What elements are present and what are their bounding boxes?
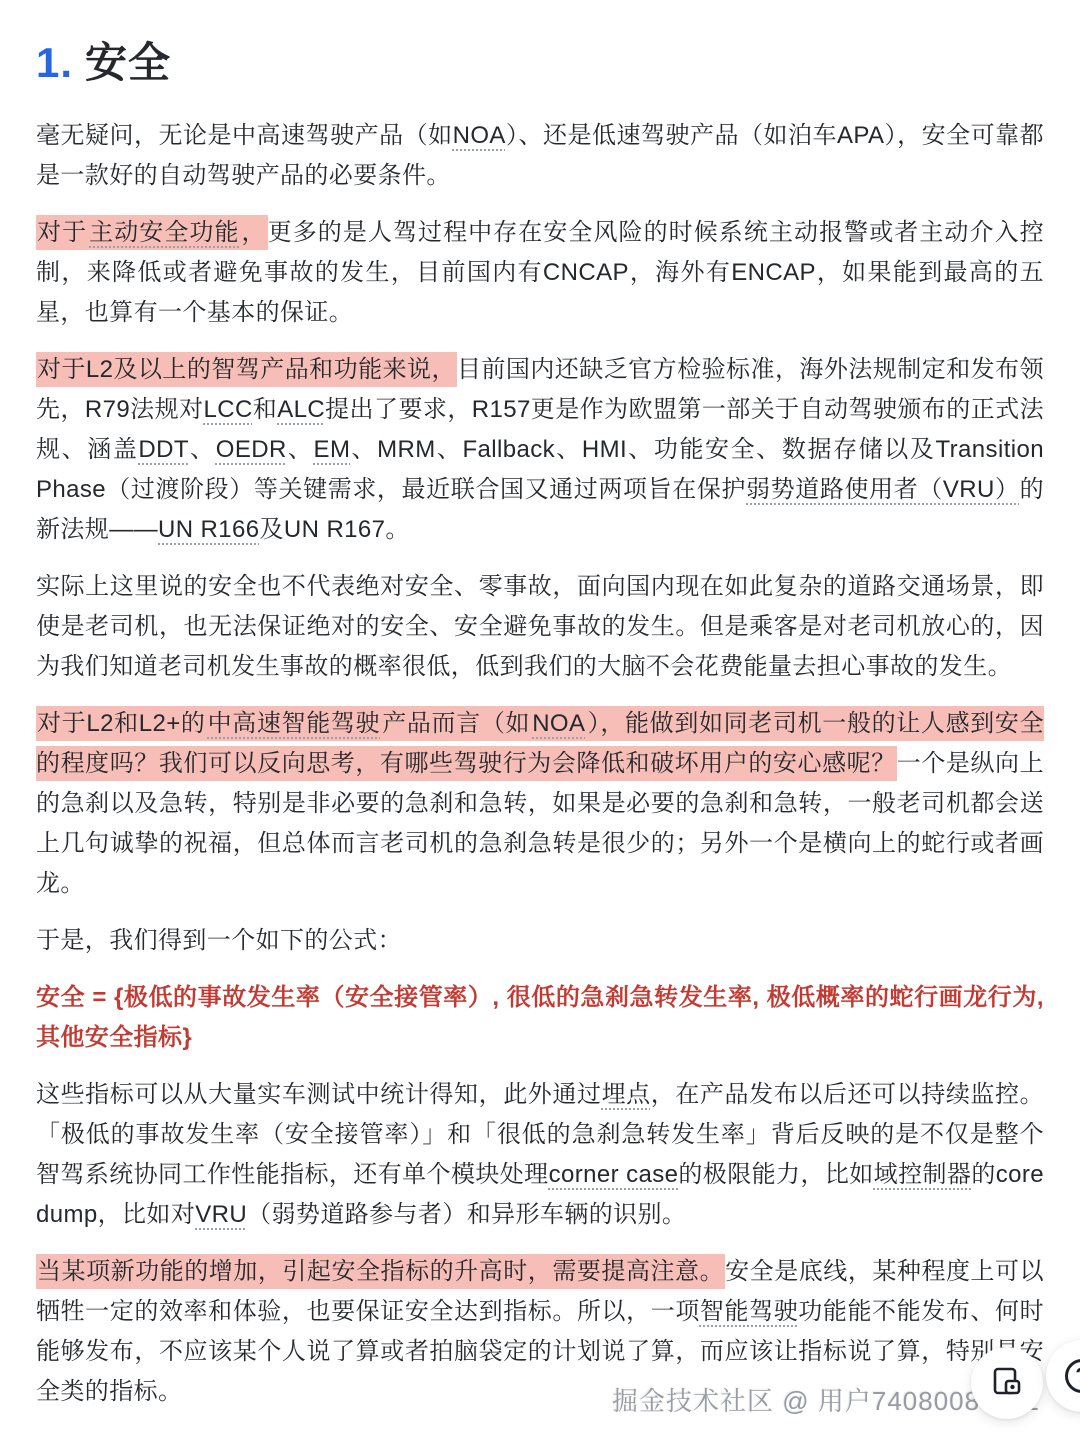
formula-paragraph: 安全 = {极低的事故发生率（安全接管率）, 很低的急刹急转发生率, 极低概率的… [36, 978, 1044, 1058]
paragraph: 对于L2及以上的智驾产品和功能来说，目前国内还缺乏官方检验标准，海外法规制定和发… [36, 350, 1044, 550]
paragraph: 毫无疑问，无论是中高速驾驶产品（如NOA）、还是低速驾驶产品（如泊车APA），安… [36, 116, 1044, 196]
highlighted-text: 对于L2及以上的智驾产品和功能来说， [36, 352, 457, 387]
glossary-term[interactable]: VRU [195, 1201, 247, 1228]
text-run: 及UN R167。 [260, 516, 410, 543]
highlighted-text: 对于L2和L2+的 [36, 706, 207, 741]
glossary-term[interactable]: 域控制器 [874, 1161, 972, 1188]
glossary-term[interactable]: EM [314, 436, 351, 463]
paragraph: 于是，我们得到一个如下的公式： [36, 921, 1044, 961]
text-run: 安全 = {极低的事故发生率（安全接管率）, 很低的急刹急转发生率, 极低概率的… [36, 984, 1044, 1051]
glossary-term[interactable]: 弱势道路使用者（VRU） [746, 476, 1020, 503]
glossary-term[interactable]: NOA [453, 122, 506, 149]
highlighted-text: ， [241, 215, 268, 250]
text-run: 、 [287, 436, 314, 463]
text-run: （弱势道路参与者）和异形车辆的识别。 [247, 1201, 686, 1228]
highlighted-text: 对于 [36, 215, 88, 250]
glossary-term[interactable]: UN R166 [158, 516, 260, 543]
feedback-note-icon [990, 1366, 1024, 1400]
glossary-term[interactable]: LCC [203, 396, 252, 423]
text-run: 这些指标可以从大量实车测试中统计得知，此外通过 [36, 1081, 602, 1108]
page: { "title": { "number": "1.", "text": "安全… [0, 0, 1080, 1440]
text-run: 于是，我们得到一个如下的公式： [36, 927, 402, 954]
glossary-term[interactable]: 中高速智能驾驶 [207, 706, 382, 741]
text-run: 和 [253, 396, 277, 423]
question-mark-icon: ? [1065, 1359, 1080, 1393]
feedback-button[interactable] [971, 1347, 1043, 1419]
text-run: 的极限能力，比如 [678, 1161, 873, 1188]
text-run: 毫无疑问，无论是中高速驾驶产品（如 [36, 122, 453, 149]
glossary-term[interactable]: OEDR [216, 436, 287, 463]
glossary-term[interactable]: NOA [531, 706, 586, 741]
paragraph: 这些指标可以从大量实车测试中统计得知，此外通过埋点，在产品发布以后还可以持续监控… [36, 1075, 1044, 1235]
glossary-term[interactable]: 埋点 [602, 1081, 651, 1108]
text-run: 实际上这里说的安全也不代表绝对安全、零事故，面向国内现在如此复杂的道路交通场景，… [36, 573, 1044, 680]
highlighted-text: 产品而言（如 [381, 706, 531, 741]
section-title-text: 安全 [85, 39, 171, 86]
glossary-term[interactable]: DDT [138, 436, 189, 463]
paragraph: 实际上这里说的安全也不代表绝对安全、零事故，面向国内现在如此复杂的道路交通场景，… [36, 567, 1044, 687]
paragraph: 对于L2和L2+的中高速智能驾驶产品而言（如NOA），能做到如同老司机一般的让人… [36, 704, 1044, 904]
glossary-term[interactable]: corner case [549, 1161, 679, 1188]
section-number: 1. [36, 39, 73, 86]
highlighted-text: 当某项新功能的增加，引起安全指标的升高时，需要提高注意。 [36, 1254, 725, 1289]
paragraph-list: 毫无疑问，无论是中高速驾驶产品（如NOA）、还是低速驾驶产品（如泊车APA），安… [36, 116, 1044, 1412]
article: 1.安全 毫无疑问，无论是中高速驾驶产品（如NOA）、还是低速驾驶产品（如泊车A… [0, 0, 1080, 1412]
section-title: 1.安全 [36, 30, 1044, 90]
glossary-term[interactable]: ALC [277, 396, 325, 423]
text-run: 、 [189, 436, 216, 463]
glossary-term[interactable]: 智能驾驶 [700, 1298, 798, 1325]
glossary-term[interactable]: 主动安全功能 [88, 215, 240, 250]
paragraph: 对于主动安全功能，更多的是人驾过程中存在安全风险的时候系统主动报警或者主动介入控… [36, 213, 1044, 333]
